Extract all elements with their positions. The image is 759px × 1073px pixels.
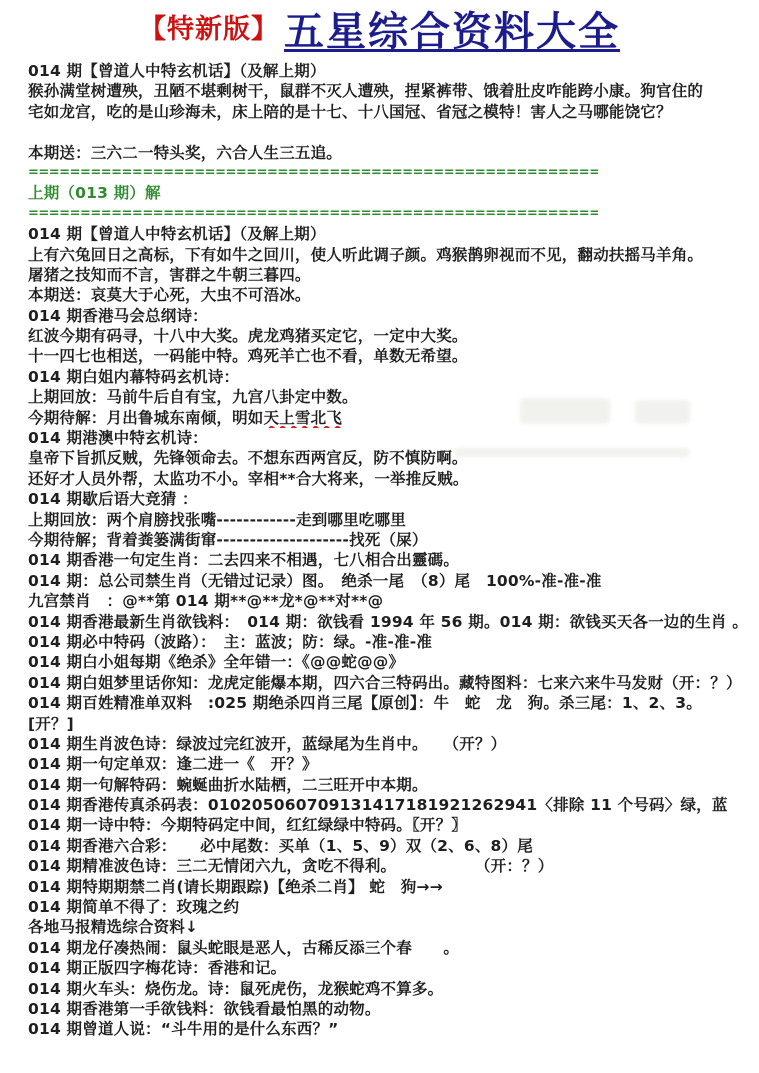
text-line: 014 期曾道人说：“斗牛用的是什么东西？” xyxy=(28,1019,745,1039)
text-line: 014 期白小姐每期《绝杀》全年错一：《@@蛇@@》 xyxy=(28,652,745,672)
text-line: [开？] xyxy=(28,714,745,734)
text-line: 还好才人员外帮，太监功不小。宰相**合大将来，一举推反贼。 xyxy=(28,469,745,489)
text-line: 014 期香港最新生肖欲钱料： 014 期：欲钱看 1994 年 56 期。01… xyxy=(28,612,745,632)
text-line: 014 期特期期禁二肖(请长期跟踪)【绝杀二肖】 蛇 狗→→ xyxy=(28,877,745,897)
text-line: 宅如龙宫，吃的是山珍海未，床上陪的是十七、十八国冠、省冠之模特！害人之马哪能饶它… xyxy=(28,102,745,122)
text-line: 屠猪之技知而不言，害群之牛朝三暮四。 xyxy=(28,265,745,285)
content-lines: 014 期【曾道人中特玄机话】（及解上期）猴孙满堂树遭殃，丑陋不堪剩树干，鼠群不… xyxy=(0,61,759,1040)
text-line: 014 期精准波色诗：三二无情闭六九，贪吃不得利。 （开：？） xyxy=(28,856,745,876)
text-line: 014 期：总公司禁生肖（无错过记录）图。 绝杀一尾 （8）尾 100%-准-准… xyxy=(28,571,745,591)
text-line: 上期回放：马前牛后自有宝，九宫八卦定中数。 xyxy=(28,387,745,407)
text-line: 014 期正版四字梅花诗：香港和记。 xyxy=(28,958,745,978)
page-title: 五星综合资料大全 xyxy=(284,9,620,55)
text-line: 014 期【曾道人中特玄机话】（及解上期） xyxy=(28,61,745,81)
text-line: 今期待解；背着粪篓满街窜--------------------找死（屎） xyxy=(28,530,745,550)
text-line: 九宫禁肖 ：@**第 014 期**@**龙*@**对**@ xyxy=(28,591,745,611)
text-line: 014 期必中特码（波路）： 主：蓝波；防：绿。-准-准-准 xyxy=(28,632,745,652)
text-line: 014 期歇后语大竞猜 ： xyxy=(28,489,745,509)
text-line: 014 期香港一句定生肖：二去四来不相遇，七八相合出靈碼。 xyxy=(28,550,745,570)
separator-line: ========================================… xyxy=(28,204,598,224)
edition-tag: 【特新版】 xyxy=(139,14,279,45)
text-line: 上期（013 期）解 xyxy=(28,183,745,203)
text-line: 014 期生肖波色诗：绿波过完红波开，蓝绿尾为生肖中。 （开？） xyxy=(28,734,745,754)
text-line: 014 期一句定单双：逢二进一《 开？》 xyxy=(28,754,745,774)
text-line: 014 期一句解特码：蜿蜒曲折水陆栖，二三旺开中本期。 xyxy=(28,775,745,795)
text-line: 014 期简单不得了：玫瑰之约 xyxy=(28,897,745,917)
separator-line: ========================================… xyxy=(28,163,598,183)
text-line: 014 期香港六合彩： 必中尾数：买单（1、5、9）双（2、6、8）尾 xyxy=(28,836,745,856)
text-line: 十一四七也相送，一码能中特。鸡死羊亡也不看，单数无希望。 xyxy=(28,346,745,366)
text-line: 皇帝下旨抓反贼，先锋领命去。不想东西两宫反，防不慎防啊。 xyxy=(28,448,745,468)
text-line: 本期送：哀莫大于心死，大虫不可浯冰。 xyxy=(28,285,745,305)
page-header: 【特新版】 五星综合资料大全 xyxy=(0,0,759,52)
text-line: 014 期香港马会总纲诗： xyxy=(28,306,745,326)
text-line: 今期待解：月出鲁城东南倾，明如天上雪北飞 xyxy=(28,408,745,428)
text-line: 014 期龙仔凑热闹：鼠头蛇眼是恶人，古稀反添三个春 。 xyxy=(28,938,745,958)
text-line: 014 期百姓精准单双料 :025 期绝杀四肖三尾【原创】：牛 蛇 龙 狗。杀三… xyxy=(28,693,745,713)
text-line: 014 期香港第一手欲钱料：欲钱看最怕黑的动物。 xyxy=(28,999,745,1019)
text-line: 014 期白姐内幕特码玄机诗： xyxy=(28,367,745,387)
text-line: 上期回放：两个肩膀找张嘴------------走到哪里吃哪里 xyxy=(28,510,745,530)
text-line: 014 期一诗中特：今期特码定中间，红红绿绿中特码。〖开？〗 xyxy=(28,815,745,835)
text-line: 红波今期有码寻，十八中大奖。虎龙鸡猪买定它，一定中大奖。 xyxy=(28,326,745,346)
text-line: 各地马报精选综合资料↓ xyxy=(28,917,745,937)
text-line: 014 期白姐梦里话你知：龙虎定能爆本期，四六合三特码出。藏特图料：七来六来牛马… xyxy=(28,673,745,693)
blank-line xyxy=(28,122,745,142)
text-line: 014 期香港传真杀码表：010205060709131417181921262… xyxy=(28,795,745,815)
text-line: 014 期【曾道人中特玄机话】（及解上期） xyxy=(28,224,745,244)
text-line: 猴孙满堂树遭殃，丑陋不堪剩树干，鼠群不灭人遭殃，捏紧裤带、饿着肚皮咋能跨小康。狗… xyxy=(28,81,745,101)
text-line: 014 期港澳中特玄机诗： xyxy=(28,428,745,448)
text-line: 上有六兔回日之高标，下有如牛之回川，使人听此调子颜。鸡猴鹊卵视而不见，翻动扶摇马… xyxy=(28,245,745,265)
lottery-info-page: { "header": { "edition_tag": "【特新版】", "t… xyxy=(0,0,759,1073)
red-wavy-underlined-text: 天上雪北飞 xyxy=(264,409,343,427)
text-line: 014 期火车头：烧伤龙。诗：鼠死虎伤，龙猴蛇鸡不算多。 xyxy=(28,979,745,999)
text-line: 本期送：三六二一特头奖，六合人生三五追。 xyxy=(28,143,745,163)
